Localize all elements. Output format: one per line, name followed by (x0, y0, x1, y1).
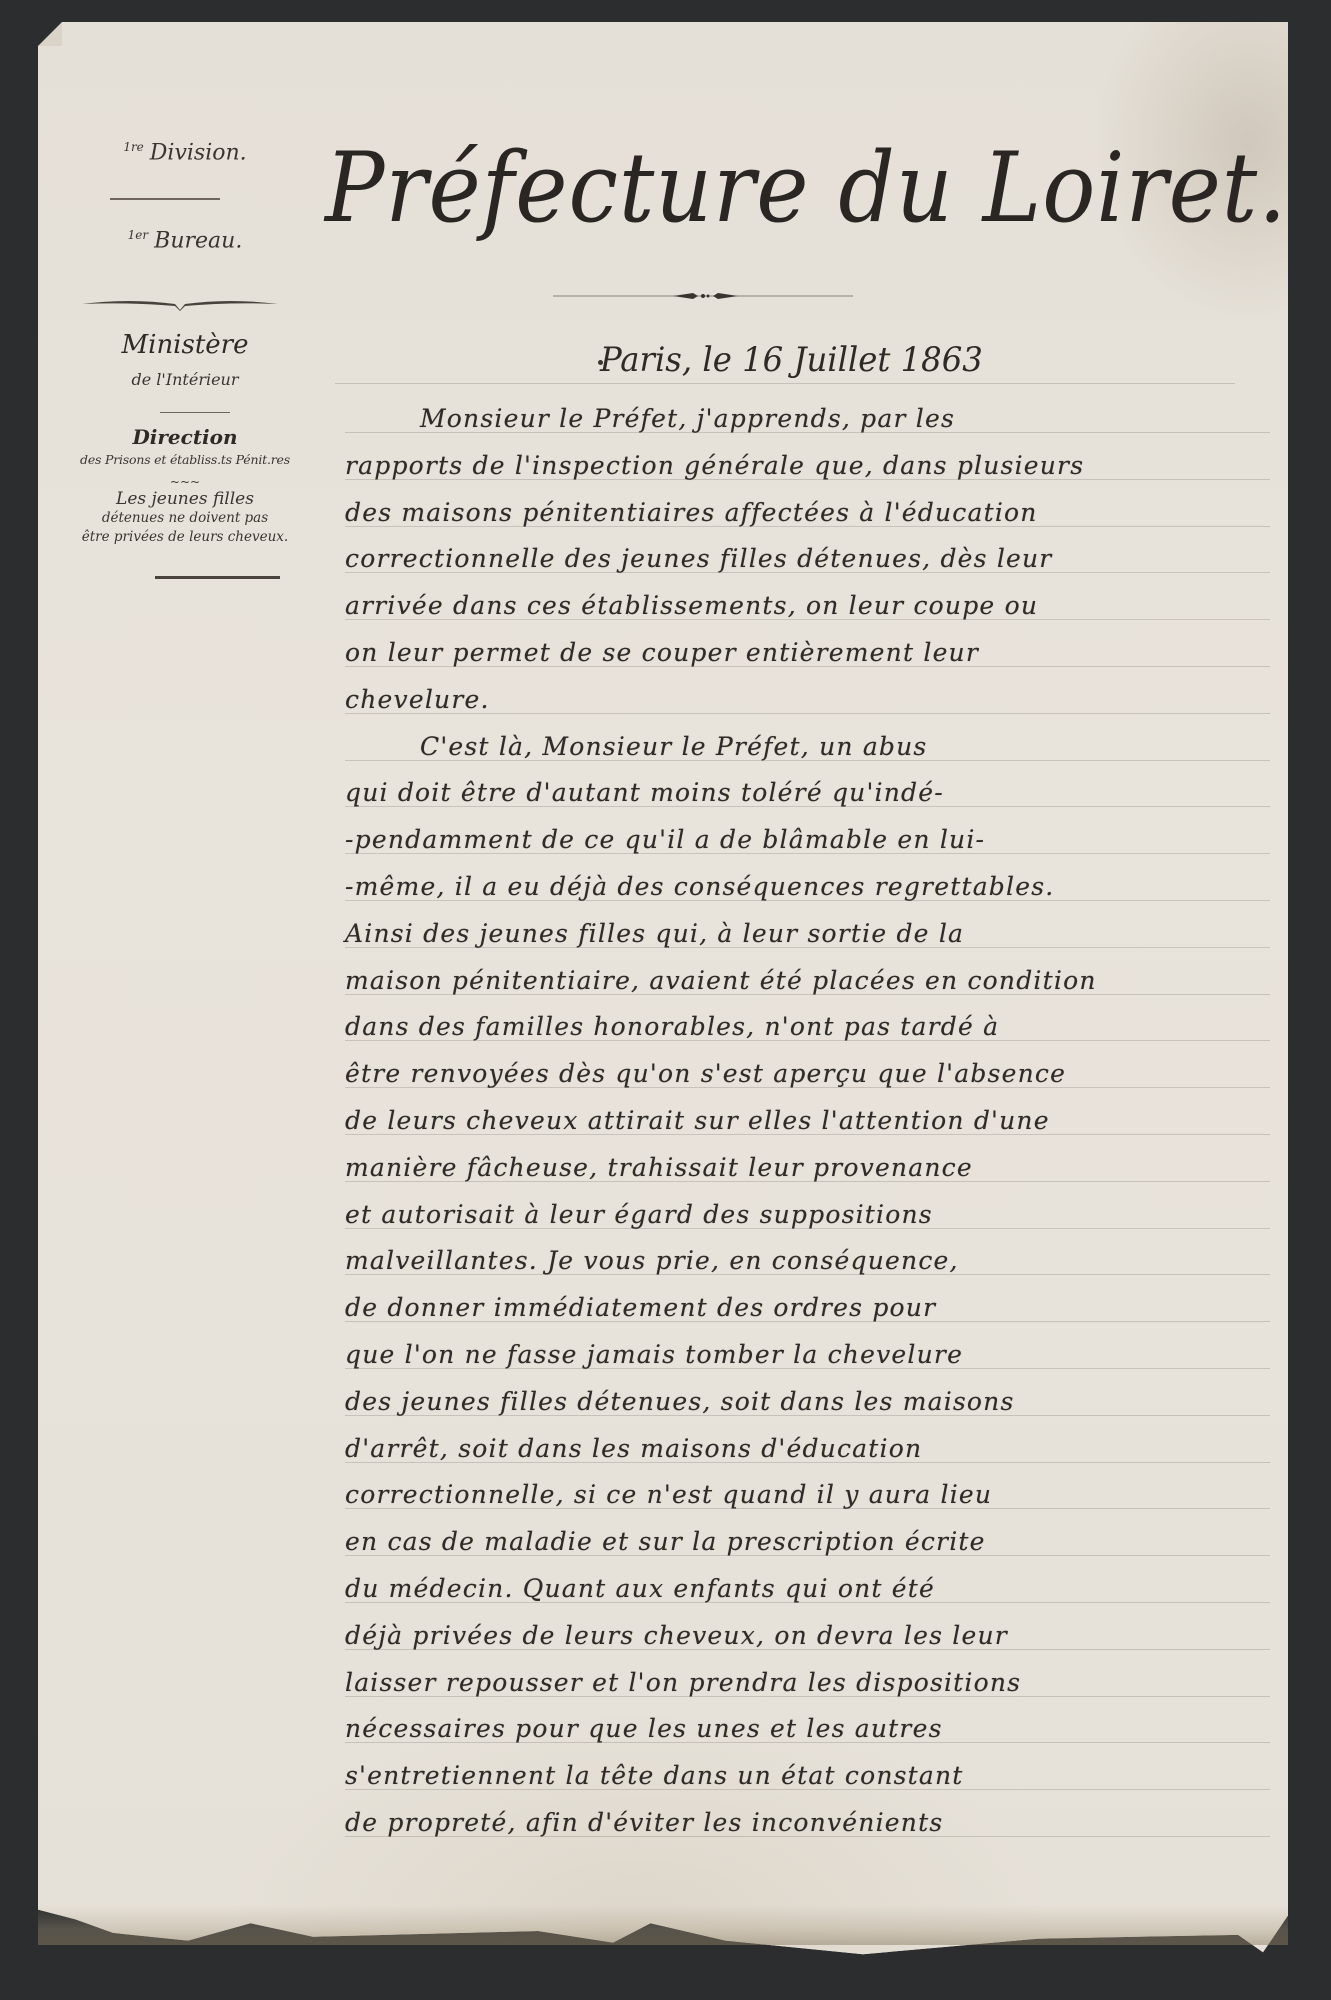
letter-line: et autorisait à leur égard des suppositi… (345, 1200, 1275, 1230)
margin-ministere: Ministère (40, 330, 330, 360)
bureau-label: Bureau. (154, 228, 242, 253)
letter-line: nécessaires pour que les unes et les aut… (345, 1714, 1275, 1744)
letter-line: chevelure. (345, 685, 1275, 715)
flourish-ornament-icon (80, 298, 280, 312)
letter-date: Paris, le 16 Juillet 1863 (600, 340, 1189, 380)
margin-divider (110, 198, 220, 200)
margin-subject: Les jeunes filles détenues ne doivent pa… (40, 490, 330, 547)
letter-line: laisser repousser et l'on prendra les di… (345, 1668, 1275, 1698)
bureau-ordinal: 1er (128, 228, 148, 242)
letter-line: être renvoyées dès qu'on s'est aperçu qu… (345, 1059, 1275, 1089)
margin-bureau: 1erBureau. (40, 228, 330, 253)
letter-line: de donner immédiatement des ordres pour (345, 1293, 1275, 1323)
letter-line: malveillantes. Je vous prie, en conséque… (345, 1246, 1275, 1276)
letter-line: de leurs cheveux attirait sur elles l'at… (345, 1106, 1275, 1136)
letter-line: Ainsi des jeunes filles qui, à leur sort… (345, 919, 1275, 949)
subject-line: être privées de leurs cheveux. (40, 528, 330, 547)
title-ornament-icon (553, 290, 853, 302)
letter-line: rapports de l'inspection générale que, d… (345, 451, 1275, 481)
date-rule (335, 383, 1235, 384)
margin-division: 1reDivision. (40, 140, 330, 165)
subject-line: Les jeunes filles (40, 490, 330, 509)
letter-line: s'entretiennent la tête dans un état con… (345, 1761, 1275, 1791)
letter-line: du médecin. Quant aux enfants qui ont ét… (345, 1574, 1275, 1604)
worn-bottom-edge (38, 1905, 1288, 1945)
letter-line: des jeunes filles détenues, soit dans le… (345, 1387, 1275, 1417)
margin-bottom-rule (155, 576, 280, 579)
division-ordinal: 1re (123, 140, 143, 154)
letter-line: on leur permet de se couper entièrement … (345, 638, 1275, 668)
division-label: Division. (150, 140, 247, 165)
margin-ministere-sub: de l'Intérieur (40, 370, 330, 389)
letter-line: -même, il a eu déjà des conséquences reg… (345, 872, 1275, 902)
letter-line: en cas de maladie et sur la prescription… (345, 1527, 1275, 1557)
letterhead-title: Préfecture du Loiret. (325, 140, 1171, 236)
letter-line: Monsieur le Préfet, j'apprends, par les (420, 404, 1275, 434)
letter-line: que l'on ne fasse jamais tomber la cheve… (345, 1340, 1275, 1370)
letter-line: déjà privées de leurs cheveux, on devra … (345, 1621, 1275, 1651)
margin-separator: ~~~ (40, 475, 330, 489)
margin-direction-sub: des Prisons et établiss.ts Pénit.res (40, 452, 330, 467)
letter-line: manière fâcheuse, trahissait leur proven… (345, 1153, 1275, 1183)
letter-line: des maisons pénitentiaires affectées à l… (345, 498, 1275, 528)
margin-direction: Direction (40, 425, 330, 449)
letter-line: correctionnelle des jeunes filles détenu… (345, 544, 1275, 574)
letter-line: -pendamment de ce qu'il a de blâmable en… (345, 825, 1275, 855)
letter-line: de propreté, afin d'éviter les inconvéni… (345, 1808, 1275, 1838)
subject-line: détenues ne doivent pas (40, 509, 330, 528)
letter-line: maison pénitentiaire, avaient été placée… (345, 966, 1275, 996)
letter-line: correctionnelle, si ce n'est quand il y … (345, 1480, 1275, 1510)
folded-corner (38, 22, 62, 46)
letter-line: C'est là, Monsieur le Préfet, un abus (420, 732, 1275, 762)
letter-line: qui doit être d'autant moins toléré qu'i… (345, 778, 1275, 808)
letter-line: arrivée dans ces établissements, on leur… (345, 591, 1275, 621)
letter-line: d'arrêt, soit dans les maisons d'éducati… (345, 1434, 1275, 1464)
margin-short-divider (160, 412, 230, 413)
letter-line: dans des familles honorables, n'ont pas … (345, 1012, 1275, 1042)
